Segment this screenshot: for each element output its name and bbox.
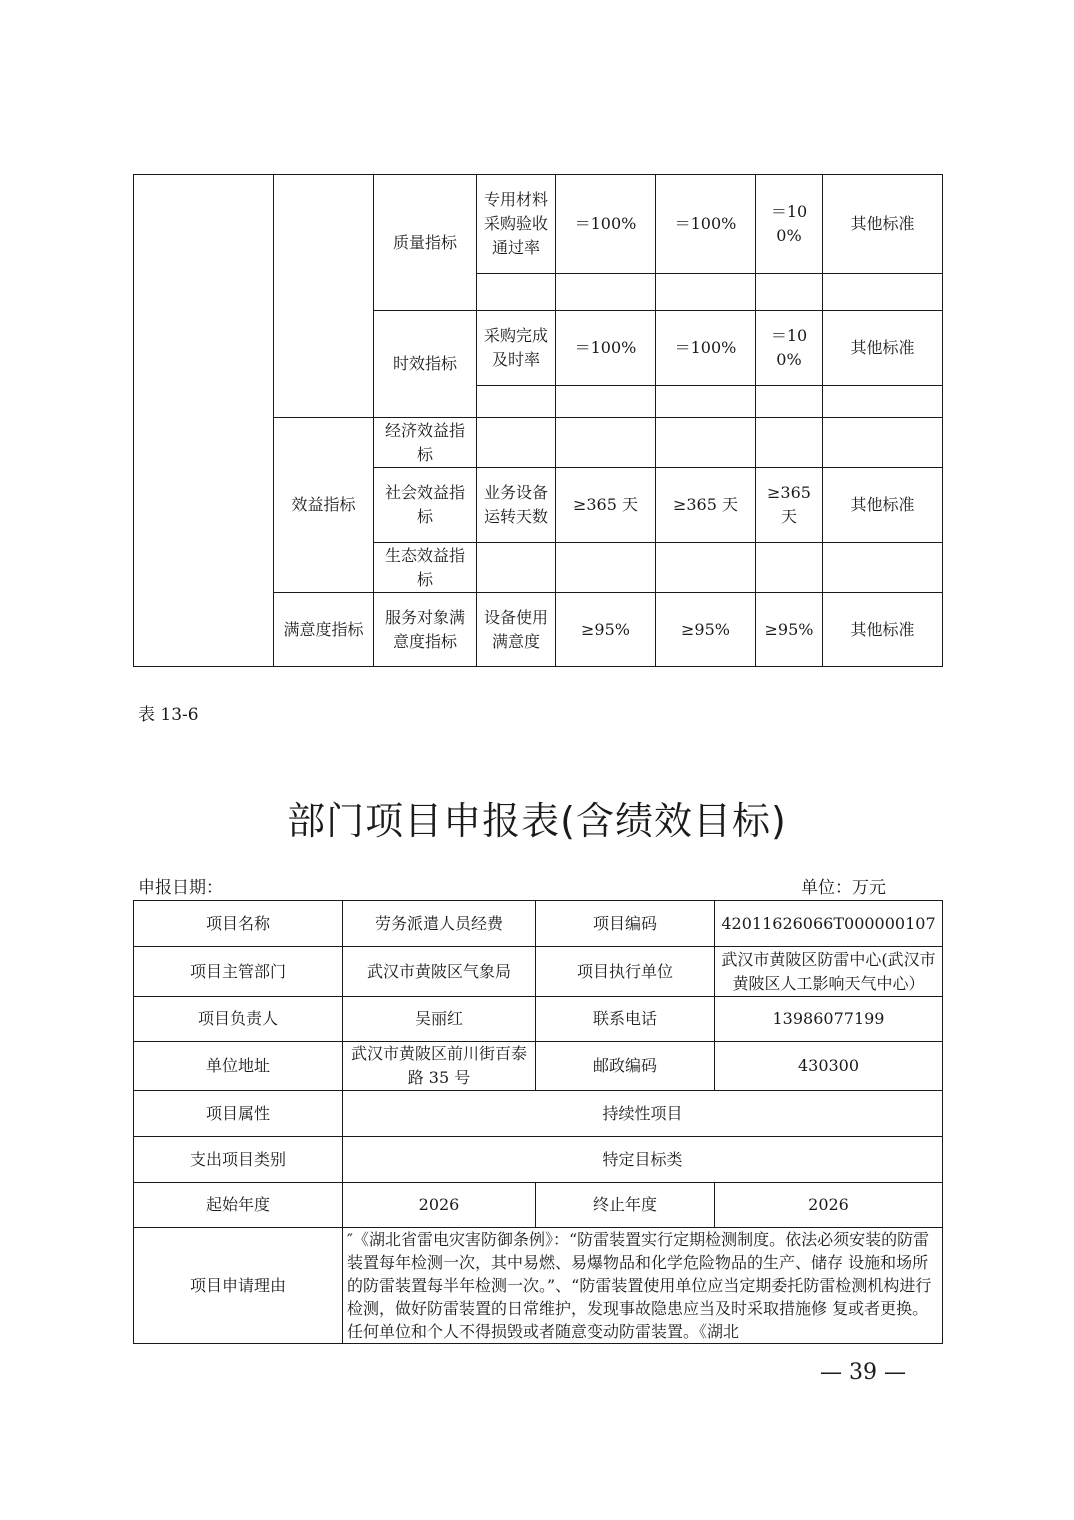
- field-label: 单位地址: [134, 1042, 343, 1091]
- form-title: 部门项目申报表(含绩效目标): [0, 790, 1074, 845]
- table-row: 项目属性 持续性项目: [134, 1091, 943, 1137]
- table-row: 单位地址 武汉市黄陂区前川街百泰路 35 号 邮政编码 430300: [134, 1042, 943, 1091]
- value-cell: ＝100%: [656, 311, 756, 386]
- field-label: 项目执行单位: [536, 947, 715, 997]
- level3-cell: 时效指标: [374, 311, 477, 418]
- end-year-value: 2026: [715, 1183, 943, 1228]
- level3-cell: 经济效益指标: [374, 418, 477, 468]
- page-number: — 39 —: [820, 1360, 906, 1385]
- indicator-cell: 专用材料采购验收通过率: [477, 175, 556, 274]
- project-declaration-table: 项目名称 劳务派遣人员经费 项目编码 42011626066T000000107…: [133, 900, 943, 1344]
- table-row: 项目负责人 吴丽红 联系电话 13986077199: [134, 997, 943, 1042]
- application-reason-text: ″《湖北省雷电灾害防御条例》：“防雷装置实行定期检测制度。依法必须安装的防雷装置…: [343, 1228, 943, 1344]
- value-cell: ＝100%: [556, 175, 656, 274]
- value-cell: ≥95%: [556, 593, 656, 667]
- expense-category-value: 特定目标类: [343, 1137, 943, 1183]
- level3-cell: 服务对象满意度指标: [374, 593, 477, 667]
- level2-cell: 效益指标: [274, 418, 374, 593]
- value-cell: ＝100%: [656, 175, 756, 274]
- field-label: 项目申请理由: [134, 1228, 343, 1344]
- indicator-cell: [477, 274, 556, 311]
- field-label: 项目主管部门: [134, 947, 343, 997]
- value-cell: ≥95%: [656, 593, 756, 667]
- indicator-cell: 采购完成及时率: [477, 311, 556, 386]
- value-cell: [556, 274, 656, 311]
- level3-cell: 社会效益指标: [374, 468, 477, 543]
- standard-cell: [823, 543, 943, 593]
- value-cell: [656, 386, 756, 418]
- department-value: 武汉市黄陂区气象局: [343, 947, 536, 997]
- indicator-cell: 设备使用满意度: [477, 593, 556, 667]
- value-cell: [756, 418, 823, 468]
- field-label: 终止年度: [536, 1183, 715, 1228]
- standard-cell: [823, 418, 943, 468]
- value-cell: ＝100%: [756, 311, 823, 386]
- unit-label: 单位：万元: [801, 873, 886, 898]
- value-cell: ＝100%: [556, 311, 656, 386]
- table-row: 支出项目类别 特定目标类: [134, 1137, 943, 1183]
- field-label: 项目名称: [134, 901, 343, 947]
- value-cell: [656, 274, 756, 311]
- standard-cell: 其他标准: [823, 311, 943, 386]
- table-row: 起始年度 2026 终止年度 2026: [134, 1183, 943, 1228]
- level3-cell: 质量指标: [374, 175, 477, 311]
- indicator-cell: [477, 386, 556, 418]
- performance-indicator-table: 质量指标 专用材料采购验收通过率 ＝100% ＝100% ＝100% 其他标准 …: [133, 174, 943, 667]
- value-cell: [556, 386, 656, 418]
- field-label: 邮政编码: [536, 1042, 715, 1091]
- table-row: 质量指标 专用材料采购验收通过率 ＝100% ＝100% ＝100% 其他标准: [134, 175, 943, 274]
- indicator-cell: [477, 418, 556, 468]
- value-cell: ≥365 天: [656, 468, 756, 543]
- project-name-value: 劳务派遣人员经费: [343, 901, 536, 947]
- level2-cell: [274, 175, 374, 418]
- field-label: 联系电话: [536, 997, 715, 1042]
- standard-cell: [823, 274, 943, 311]
- field-label: 起始年度: [134, 1183, 343, 1228]
- standard-cell: 其他标准: [823, 593, 943, 667]
- value-cell: ≥365 天: [556, 468, 656, 543]
- postcode-value: 430300: [715, 1042, 943, 1091]
- value-cell: ＝100%: [756, 175, 823, 274]
- field-label: 项目属性: [134, 1091, 343, 1137]
- field-label: 项目编码: [536, 901, 715, 947]
- declaration-date-label: 申报日期：: [138, 873, 223, 898]
- table-row: 项目名称 劳务派遣人员经费 项目编码 42011626066T000000107: [134, 901, 943, 947]
- field-label: 项目负责人: [134, 997, 343, 1042]
- indicator-cell: [477, 543, 556, 593]
- standard-cell: 其他标准: [823, 175, 943, 274]
- project-code-value: 42011626066T000000107: [715, 901, 943, 947]
- address-value: 武汉市黄陂区前川街百泰路 35 号: [343, 1042, 536, 1091]
- standard-cell: [823, 386, 943, 418]
- value-cell: [656, 543, 756, 593]
- indicator-cell: 业务设备运转天数: [477, 468, 556, 543]
- table-row: 项目申请理由 ″《湖北省雷电灾害防御条例》：“防雷装置实行定期检测制度。依法必须…: [134, 1228, 943, 1344]
- value-cell: [656, 418, 756, 468]
- level3-cell: 生态效益指标: [374, 543, 477, 593]
- level2-cell: 满意度指标: [274, 593, 374, 667]
- phone-value: 13986077199: [715, 997, 943, 1042]
- value-cell: ≥365 天: [756, 468, 823, 543]
- value-cell: [756, 274, 823, 311]
- value-cell: [556, 418, 656, 468]
- start-year-value: 2026: [343, 1183, 536, 1228]
- value-cell: [756, 386, 823, 418]
- table-row: 项目主管部门 武汉市黄陂区气象局 项目执行单位 武汉市黄陂区防雷中心(武汉市黄陂…: [134, 947, 943, 997]
- project-leader-value: 吴丽红: [343, 997, 536, 1042]
- table-number-label: 表 13-6: [138, 700, 199, 725]
- project-attribute-value: 持续性项目: [343, 1091, 943, 1137]
- level1-cell: [134, 175, 274, 667]
- executing-unit-value: 武汉市黄陂区防雷中心(武汉市黄陂区人工影响天气中心）: [715, 947, 943, 997]
- standard-cell: 其他标准: [823, 468, 943, 543]
- value-cell: [756, 543, 823, 593]
- value-cell: ≥95%: [756, 593, 823, 667]
- field-label: 支出项目类别: [134, 1137, 343, 1183]
- value-cell: [556, 543, 656, 593]
